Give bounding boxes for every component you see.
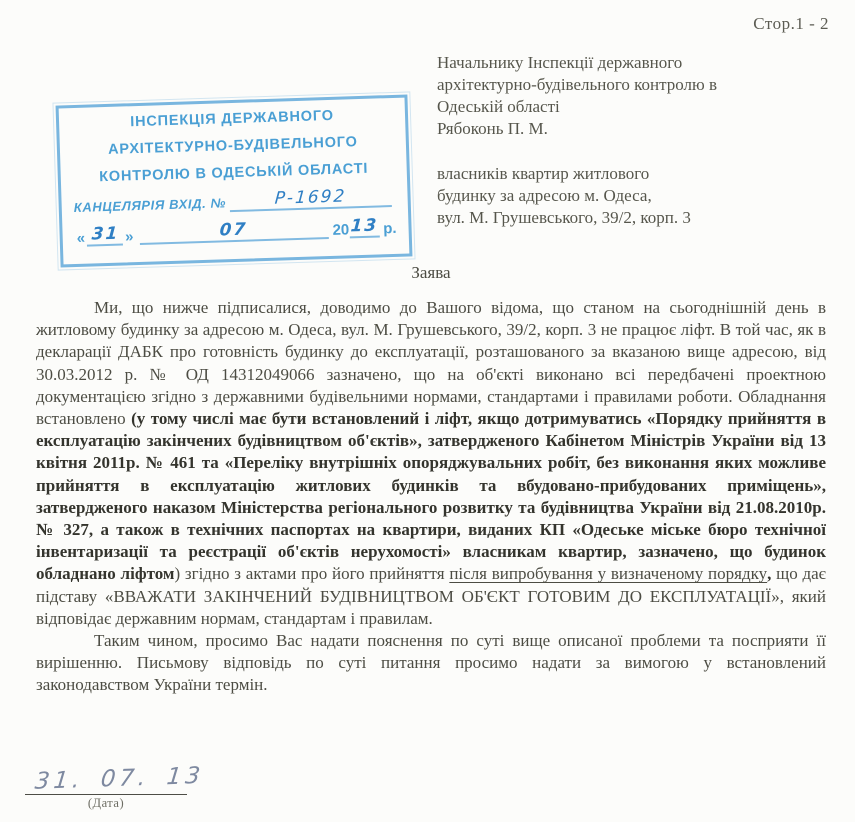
stamp-quote-open: « (74, 230, 87, 247)
scanned-letter-page: Стор.1 - 2 Начальнику Інспекції державно… (0, 0, 855, 822)
text-run: ) згідно з актами про його прийняття (174, 564, 449, 583)
stamp-year-line: 13 (349, 217, 380, 238)
stamp-registry-label: КАНЦЕЛЯРІЯ ВХІД. № (74, 195, 227, 217)
page-number: Стор.1 - 2 (753, 14, 829, 34)
text-line: власників квартир житлового (437, 163, 787, 185)
stamp-month-line: 07 (139, 219, 329, 245)
stamp-registry-line: Р-1692 (230, 187, 392, 212)
text-line: будинку за адресою м. Одеса, (437, 185, 787, 207)
registration-stamp: ІНСПЕКЦІЯ ДЕРЖАВНОГОАРХІТЕКТУРНО-БУДІВЕЛ… (56, 95, 413, 268)
stamp-registry-row: КАНЦЕЛЯРІЯ ВХІД. № Р-1692 (73, 187, 395, 217)
date-caption: (Дата) (25, 796, 187, 811)
text-line: Рябоконь П. М. (437, 118, 787, 140)
text-line: вул. М. Грушевського, 39/2, корп. 3 (437, 207, 787, 229)
stamp-year-prefix: 20 (332, 221, 349, 239)
handwritten-date: 31. 07. 13 (24, 763, 206, 795)
recipient-block: Начальнику Інспекції державногоархітекту… (437, 52, 787, 140)
text-run: після випробування у визначеному порядку (449, 564, 767, 583)
text-run: (у тому числі має бути встановлений і лі… (36, 409, 826, 583)
stamp-year-handwritten: 13 (350, 217, 379, 236)
text-line: ІНСПЕКЦІЯ ДЕРЖАВНОГО (71, 106, 393, 132)
stamp-month-handwritten: 07 (219, 222, 248, 241)
text-line: Начальнику Інспекції державного (437, 52, 787, 74)
stamp-organization-name: ІНСПЕКЦІЯ ДЕРЖАВНОГОАРХІТЕКТУРНО-БУДІВЕЛ… (71, 106, 395, 186)
text-line: АРХІТЕКТУРНО-БУДІВЕЛЬНОГО (72, 133, 394, 159)
letter-paragraph-2: Таким чином, просимо Вас надати поясненн… (36, 630, 826, 697)
sender-block: власників квартир житловогобудинку за ад… (437, 163, 787, 229)
text-line: архітектурно-будівельного контролю в (437, 74, 787, 96)
text-line: Одеській області (437, 96, 787, 118)
text-line: КОНТРОЛЮ В ОДЕСЬКІЙ ОБЛАСТІ (73, 160, 395, 186)
stamp-registry-number-handwritten: Р-1692 (274, 188, 347, 208)
text-run: Таким чином, просимо Вас надати поясненн… (36, 631, 826, 694)
letter-body: Ми, що нижче підписалися, доводимо до Ва… (36, 297, 826, 697)
stamp-day-handwritten: 31 (90, 226, 119, 245)
letter-paragraph-1: Ми, що нижче підписалися, доводимо до Ва… (36, 297, 826, 630)
stamp-year-suffix: р. (379, 220, 397, 238)
stamp-date-row: « 31 » 07 20 13 р. (74, 217, 396, 247)
letter-title: Заява (36, 263, 826, 283)
stamp-quote-close: » (123, 228, 136, 245)
date-block: 31. 07. 13 (Дата) (25, 766, 205, 811)
stamp-day-line: 31 (87, 226, 124, 247)
